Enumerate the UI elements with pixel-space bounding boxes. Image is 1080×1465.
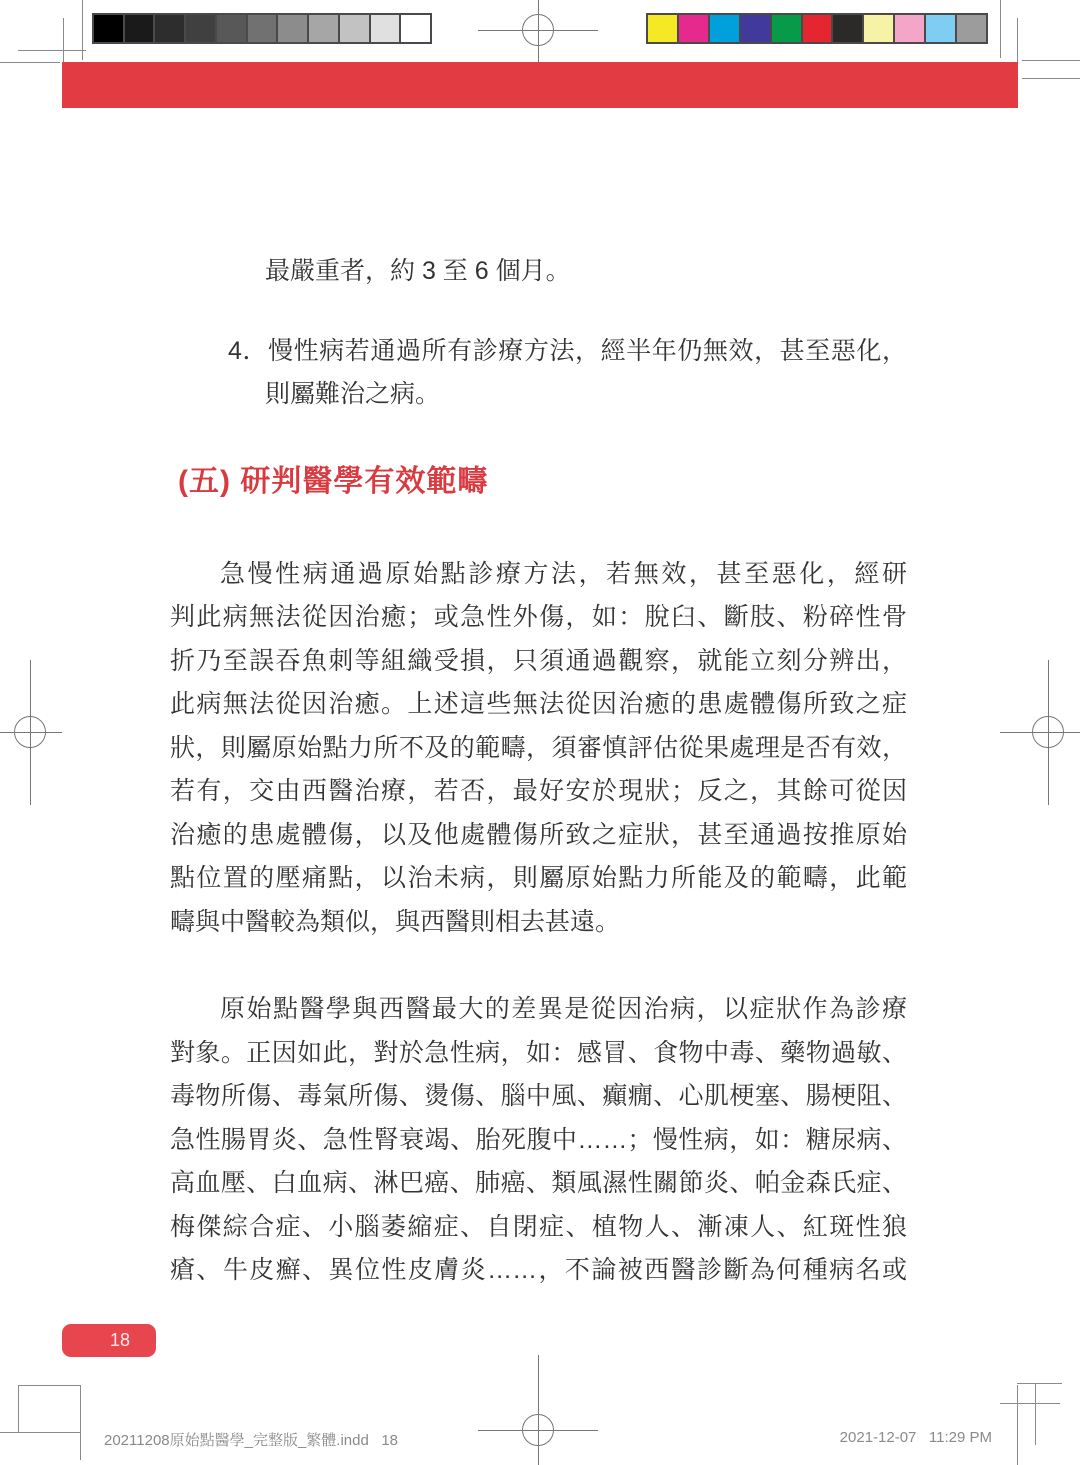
crop-mark: [0, 1432, 80, 1433]
calibration-swatch: [831, 15, 862, 42]
calibration-swatch: [924, 15, 955, 42]
paragraph-diagnosis-scope: 急慢性病通過原始點診療方法，若無效，甚至惡化，經研判此病無法從因治癒；或急性外傷…: [170, 553, 907, 945]
page-number: 18: [110, 1330, 130, 1350]
text-line: 疇與中醫較為類似，與西醫則相去甚遠。: [170, 901, 907, 945]
text-line: 瘡、牛皮癬、異位性皮膚炎……，不論被西醫診斷為何種病名或: [170, 1249, 907, 1293]
calibration-swatch: [708, 15, 739, 42]
calibration-swatch: [369, 15, 400, 42]
page-number-badge: 18: [62, 1324, 156, 1357]
list-item-4: 4．慢性病若通過所有診療方法，經半年仍無效，甚至惡化，則屬難治之病。: [170, 330, 907, 417]
text-line: 判此病無法從因治癒；或急性外傷，如：脫臼、斷肢、粉碎性骨: [170, 596, 907, 640]
text-line: 急性腸胃炎、急性腎衰竭、胎死腹中……；慢性病，如：糖尿病、: [170, 1119, 907, 1163]
crop-mark: [18, 1385, 19, 1432]
text-line: 點位置的壓痛點，以治未病，則屬原始點力所能及的範疇，此範: [170, 857, 907, 901]
calibration-swatch: [677, 15, 708, 42]
calibration-swatch: [153, 15, 184, 42]
calibration-swatch: [399, 15, 430, 42]
crop-mark: [80, 1385, 81, 1460]
footer-filename: 20211208原始點醫學_完整版_繁體.indd 18: [104, 1429, 398, 1450]
crop-mark: [1017, 1383, 1062, 1384]
calibration-swatch: [123, 15, 154, 42]
registration-mark-top: [478, 0, 598, 95]
calibration-swatch: [276, 15, 307, 42]
calibration-swatch: [184, 15, 215, 42]
crop-mark: [1000, 1403, 1060, 1404]
calibration-swatch: [862, 15, 893, 42]
text-line: 狀，則屬原始點力所不及的範疇，須審慎評估從果處理是否有效，: [170, 727, 907, 771]
text-line: 折乃至誤吞魚刺等組織受損，只須通過觀察，就能立刻分辨出，: [170, 640, 907, 684]
calibration-swatch: [338, 15, 369, 42]
registration-mark-bottom: [478, 1355, 598, 1465]
section-heading: (五) 研判醫學有效範疇: [178, 459, 907, 505]
crop-mark: [1035, 1383, 1036, 1445]
footer-timestamp: 2021-12-07 11:29 PM: [840, 1429, 992, 1446]
text-line: 毒物所傷、毒氣所傷、燙傷、腦中風、癲癇、心肌梗塞、腸梗阻、: [170, 1075, 907, 1119]
calibration-swatch: [770, 15, 801, 42]
text-line: 最嚴重者，約 3 至 6 個月。: [265, 250, 907, 294]
calibration-swatch: [215, 15, 246, 42]
crop-mark: [1022, 78, 1080, 79]
book-page: 最嚴重者，約 3 至 6 個月。 4．慢性病若通過所有診療方法，經半年仍無效，甚…: [0, 0, 1080, 1465]
text-line: 梅傑綜合症、小腦萎縮症、自閉症、植物人、漸凍人、紅斑性狼: [170, 1206, 907, 1250]
page-body-text: 最嚴重者，約 3 至 6 個月。 4．慢性病若通過所有診療方法，經半年仍無效，甚…: [170, 250, 907, 1293]
crop-mark: [18, 50, 86, 51]
crop-mark: [18, 1385, 80, 1386]
calibration-swatch: [246, 15, 277, 42]
calibration-swatch: [739, 15, 770, 42]
calibration-swatch: [955, 15, 986, 42]
text-line: 高血壓、白血病、淋巴癌、肺癌、類風濕性關節炎、帕金森氏症、: [170, 1162, 907, 1206]
crop-mark: [1022, 60, 1080, 61]
text-line: 對象。正因如此，對於急性病，如：感冒、食物中毒、藥物過敏、: [170, 1032, 907, 1076]
text-line: 治癒的患處體傷，以及他處體傷所致之症狀，甚至通過按推原始: [170, 814, 907, 858]
registration-mark-left: [0, 660, 95, 805]
crop-mark: [1000, 0, 1001, 58]
crop-mark: [1017, 1385, 1018, 1465]
paragraph-severe-duration: 最嚴重者，約 3 至 6 個月。: [170, 250, 907, 294]
crop-mark: [0, 62, 60, 63]
calibration-swatch: [307, 15, 338, 42]
calibration-swatch: [801, 15, 832, 42]
calibration-swatch: [648, 15, 677, 42]
text-line: 急慢性病通過原始點診療方法，若無效，甚至惡化，經研: [170, 553, 907, 597]
text-line: 此病無法從因治癒。上述這些無法從因治癒的患處體傷所致之症: [170, 683, 907, 727]
text-line: 若有，交由西醫治療，若否，最好安於現狀；反之，其餘可從因: [170, 770, 907, 814]
calibration-swatch: [893, 15, 924, 42]
calibration-swatch: [94, 15, 123, 42]
text-line: 則屬難治之病。: [265, 373, 907, 417]
registration-mark-right: [985, 660, 1080, 805]
grayscale-calibration-strip: [92, 13, 432, 44]
color-calibration-strip: [646, 13, 988, 44]
text-line: 4．慢性病若通過所有診療方法，經半年仍無效，甚至惡化，: [228, 330, 907, 374]
crop-mark: [82, 0, 83, 60]
paragraph-disease-examples: 原始點醫學與西醫最大的差異是從因治病，以症狀作為診療對象。正因如此，對於急性病，…: [170, 988, 907, 1293]
text-line: 原始點醫學與西醫最大的差異是從因治病，以症狀作為診療: [170, 988, 907, 1032]
